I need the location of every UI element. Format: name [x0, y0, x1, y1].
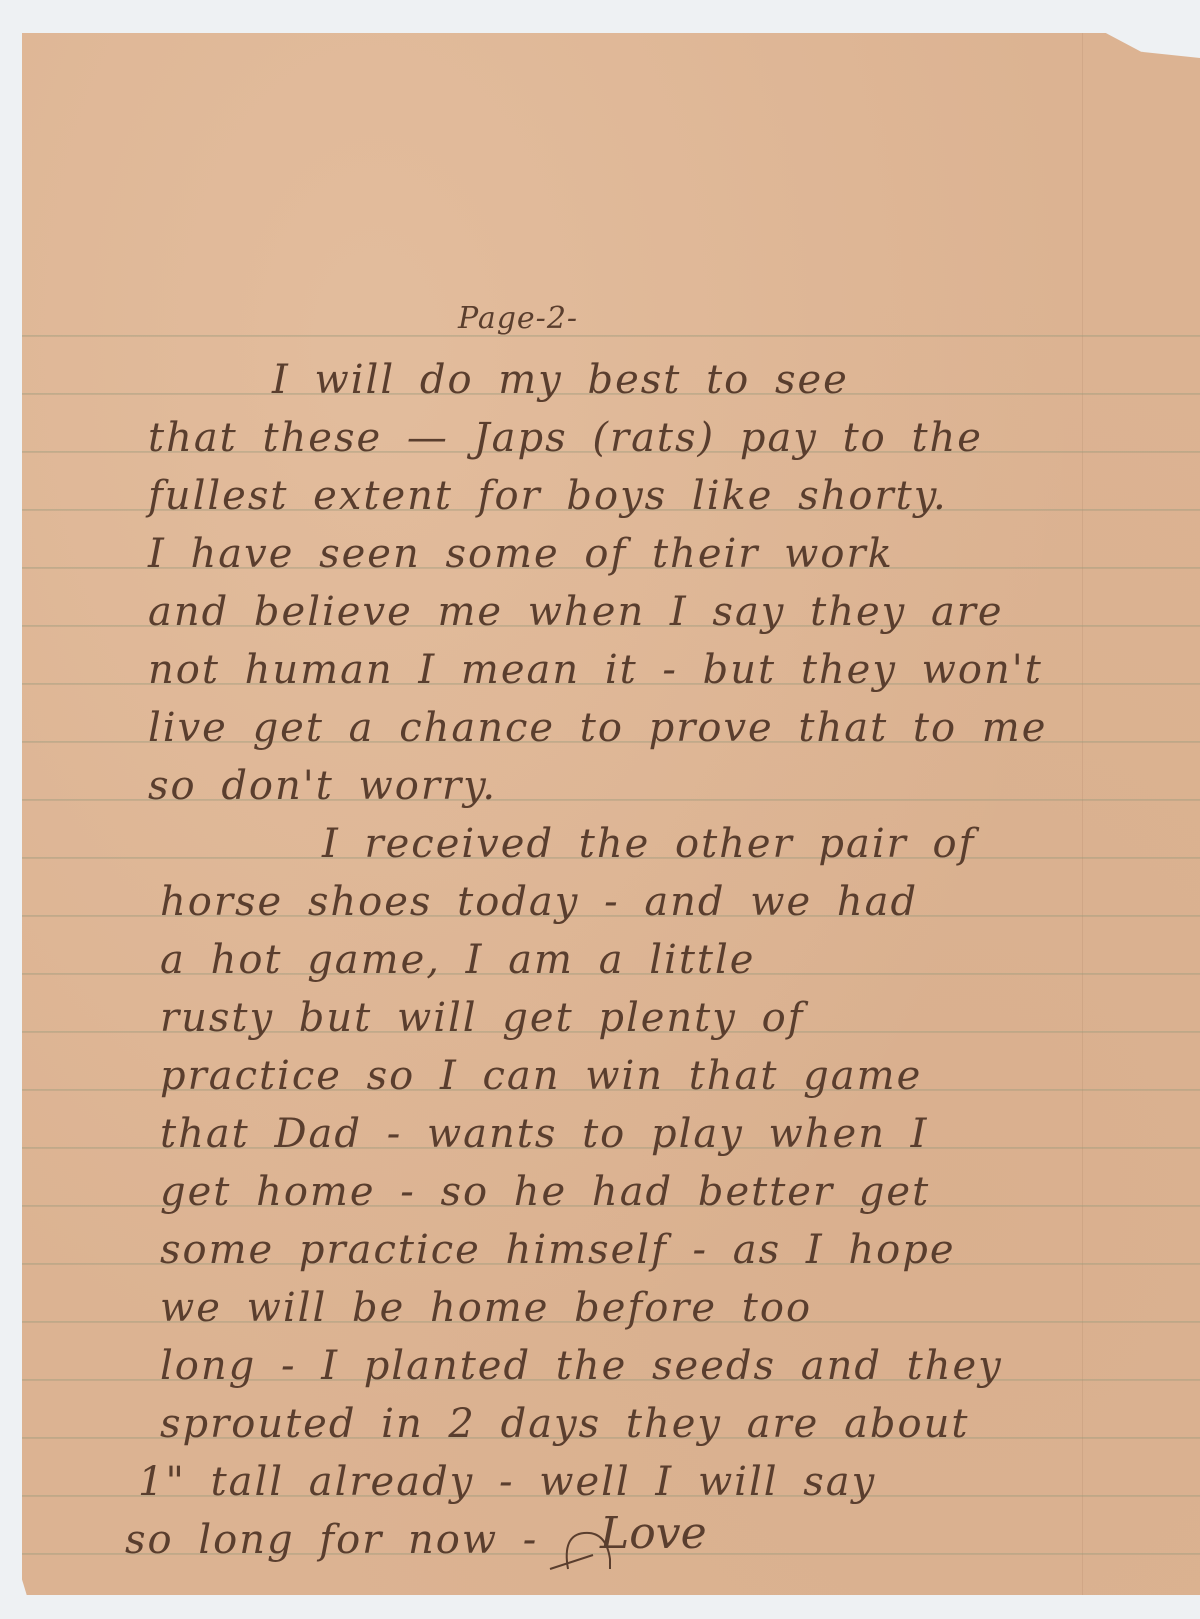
letter-line-21: so long for now -: [125, 1520, 538, 1560]
ruled-line: [22, 335, 1200, 337]
letter-line-18: long - I planted the seeds and they: [160, 1346, 1003, 1386]
letter-line-17: we will be home before too: [160, 1288, 812, 1328]
letter-line-16: some practice himself - as I hope: [160, 1230, 956, 1270]
letter-line-13: practice so I can win that game: [160, 1056, 922, 1096]
letter-line-11: a hot game, I am a little: [160, 940, 755, 980]
letter-line-4: I have seen some of their work: [148, 534, 894, 574]
letter-line-9: I received the other pair of: [322, 824, 975, 864]
paper-fold-crease: [1082, 33, 1083, 1595]
letter-line-19: sprouted in 2 days they are about: [160, 1404, 969, 1444]
letter-line-12: rusty but will get plenty of: [160, 998, 804, 1038]
letter-line-5: and believe me when I say they are: [148, 592, 1004, 632]
letter-line-14: that Dad - wants to play when I: [160, 1114, 928, 1154]
letter-line-15: get home - so he had better get: [160, 1172, 930, 1212]
letter-line-1: I will do my best to see: [272, 360, 849, 400]
scanned-page: Page-2- I will do my best to see that th…: [0, 0, 1200, 1619]
page-number-heading: Page-2-: [458, 304, 578, 334]
letter-line-3: fullest extent for boys like shorty.: [148, 476, 948, 516]
letter-line-8: so don't worry.: [148, 766, 497, 806]
signature: Love: [600, 1512, 707, 1556]
letter-line-6: not human I mean it - but they won't: [148, 650, 1043, 690]
letter-line-7: live get a chance to prove that to me: [148, 708, 1047, 748]
letter-line-2: that these — Japs (rats) pay to the: [148, 418, 983, 458]
letter-line-10: horse shoes today - and we had: [160, 882, 918, 922]
letter-line-20: 1" tall already - well I will say: [138, 1462, 876, 1502]
